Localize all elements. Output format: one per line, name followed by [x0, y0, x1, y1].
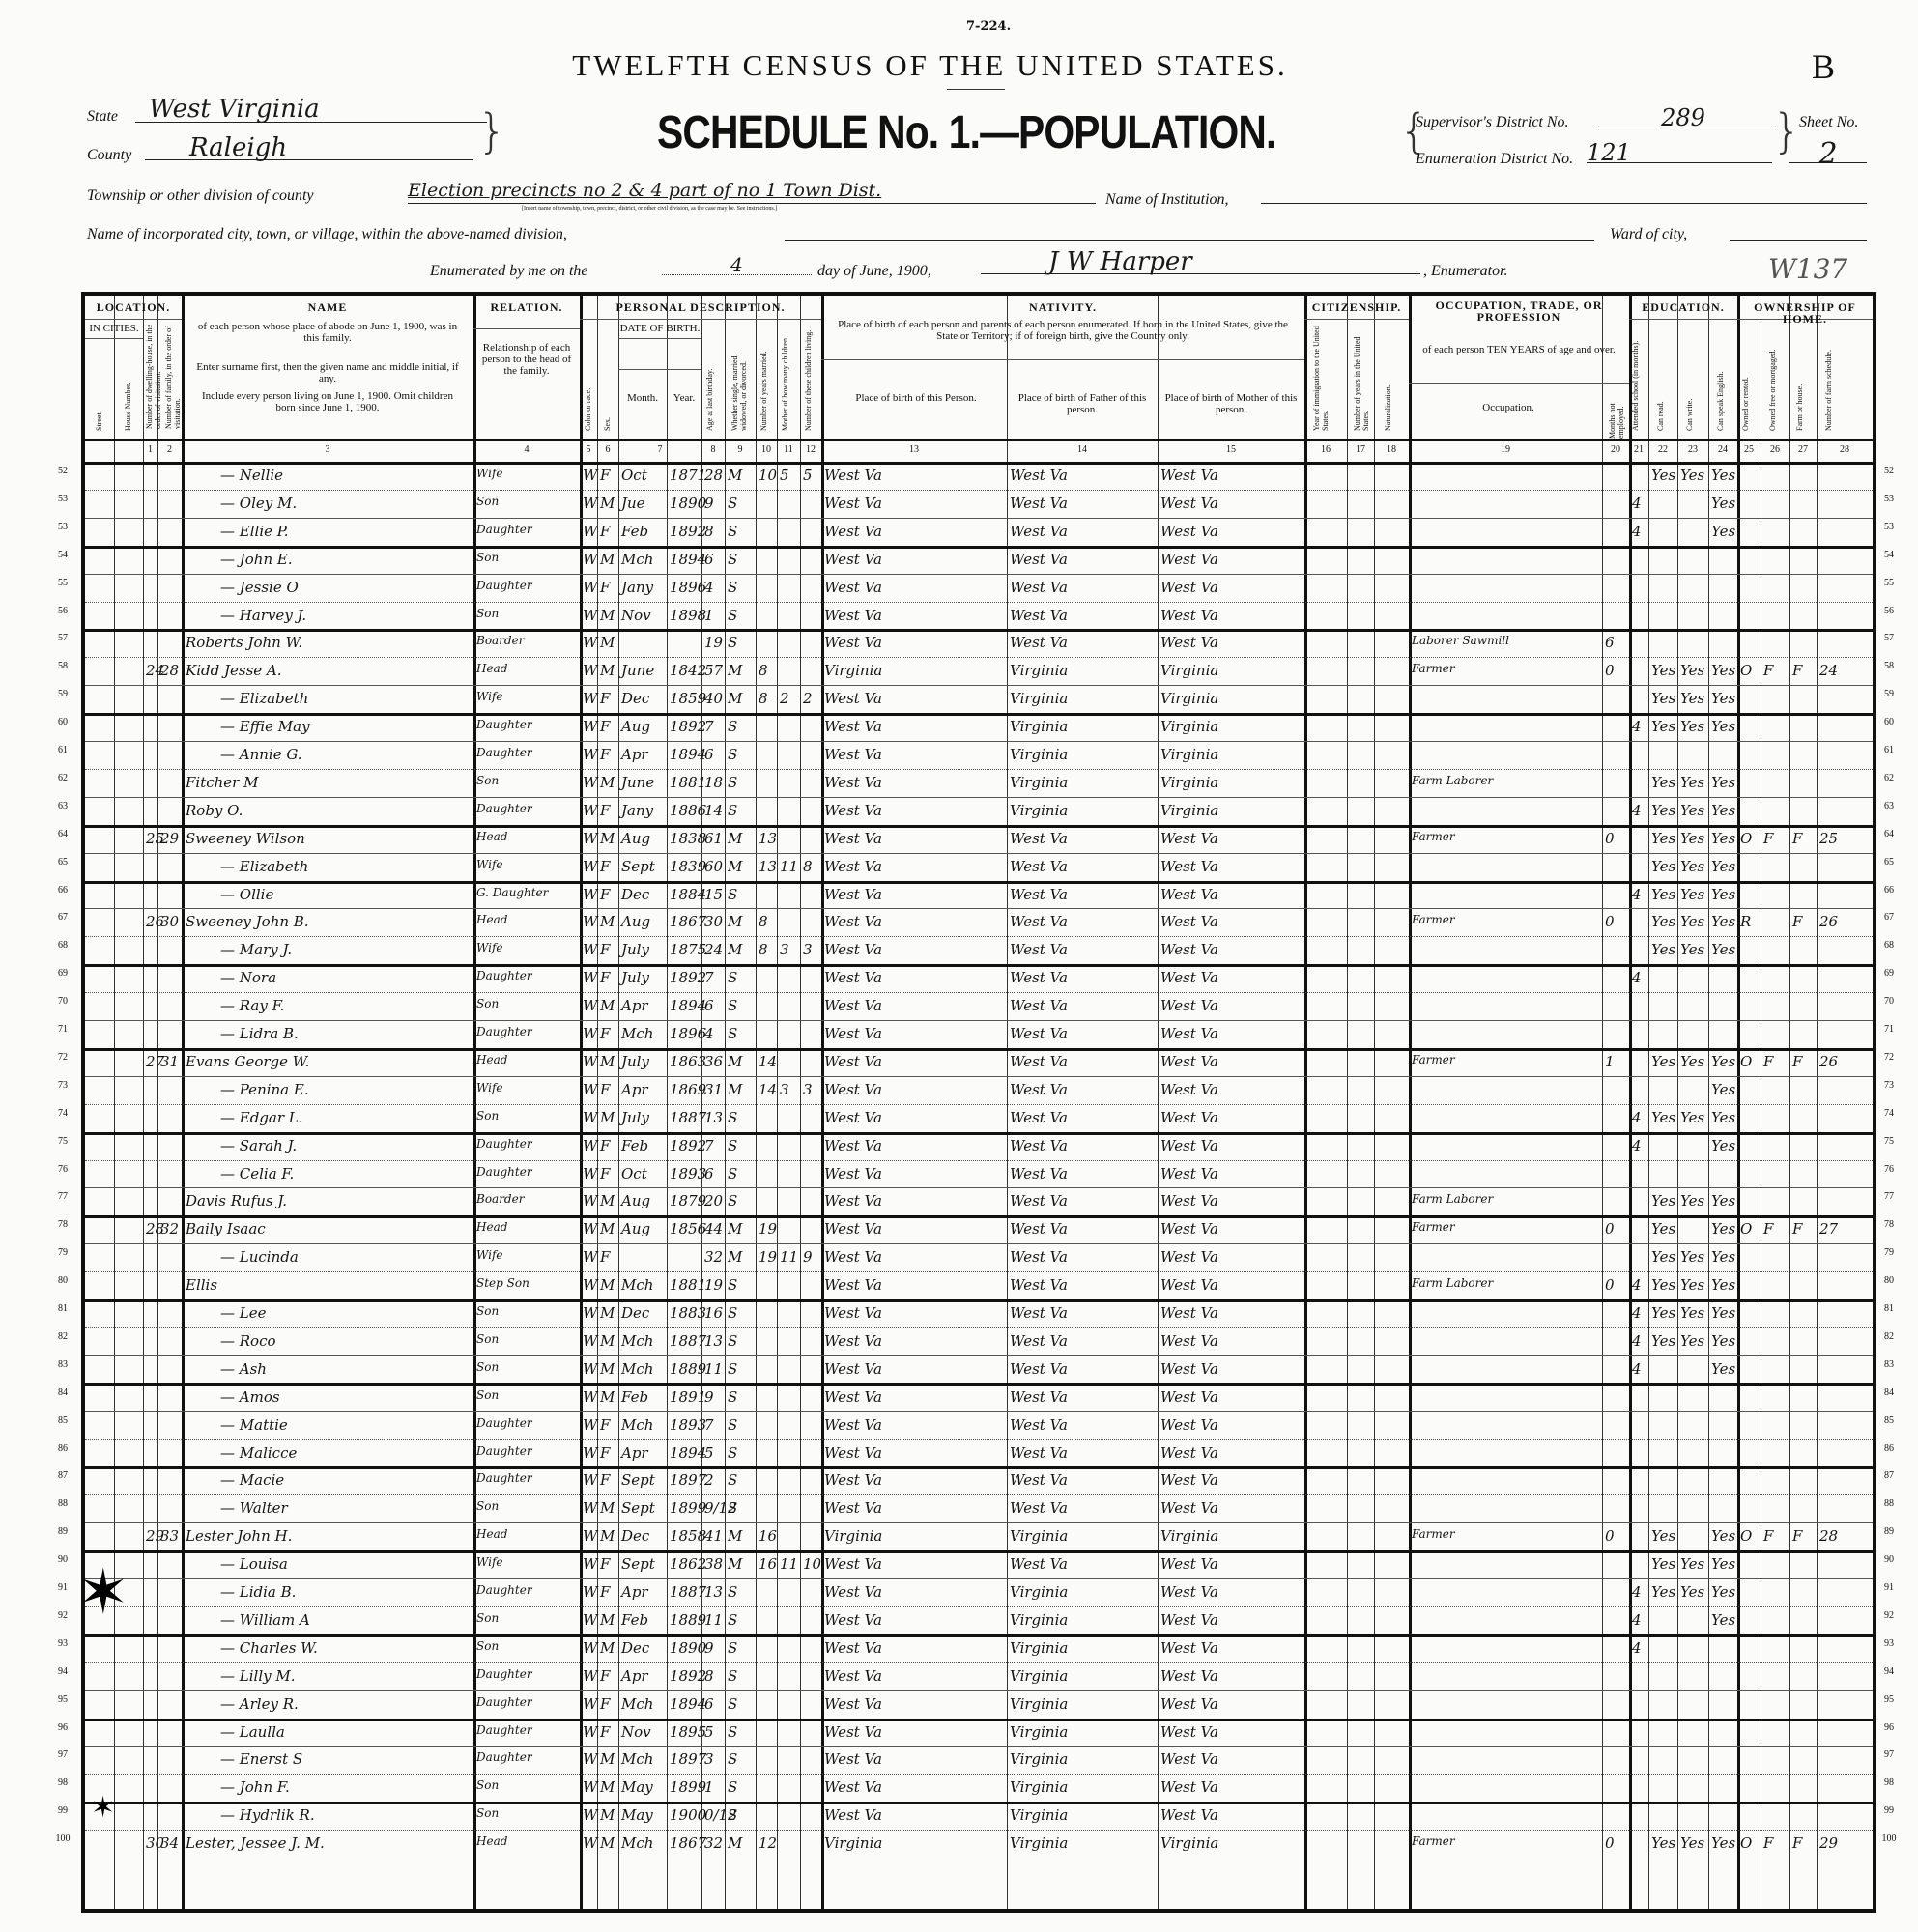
cell-mother-birth[interactable]: West Va: [1160, 634, 1218, 651]
cell-color[interactable]: W: [583, 886, 597, 903]
cell-mother[interactable]: 5: [780, 467, 789, 484]
enumerated-day-field[interactable]: 4: [662, 253, 812, 275]
cell-name[interactable]: — Oley M.: [220, 495, 297, 512]
cell-school[interactable]: 4: [1632, 1583, 1642, 1601]
cell-month[interactable]: Mch: [621, 1360, 653, 1378]
cell-age[interactable]: 9: [704, 1639, 714, 1657]
cell-own[interactable]: O: [1740, 1053, 1752, 1070]
cell-school[interactable]: 4: [1632, 1304, 1642, 1321]
cell-english[interactable]: Yes: [1711, 1276, 1735, 1293]
cell-father[interactable]: Virginia: [1010, 1667, 1068, 1685]
cell-age[interactable]: 11: [704, 1611, 723, 1629]
cell-year[interactable]: 1869: [670, 1081, 706, 1098]
cell-sex[interactable]: F: [600, 886, 610, 903]
cell-sex[interactable]: M: [600, 913, 615, 930]
cell-school[interactable]: 4: [1632, 1611, 1642, 1629]
cell-father[interactable]: West Va: [1010, 969, 1068, 986]
cell-mother-birth[interactable]: West Va: [1160, 1695, 1218, 1713]
cell-month[interactable]: May: [621, 1778, 653, 1796]
cell-father[interactable]: West Va: [1010, 579, 1068, 596]
cell-year[interactable]: 1892: [670, 1137, 706, 1154]
cell-mother-birth[interactable]: Virginia: [1160, 746, 1218, 763]
cell-write[interactable]: Yes: [1680, 774, 1704, 791]
cell-name[interactable]: — Enerst S: [220, 1750, 302, 1768]
cell-month[interactable]: Mch: [621, 1695, 653, 1713]
cell-relation[interactable]: Daughter: [476, 1667, 532, 1681]
cell-marital[interactable]: S: [728, 997, 737, 1014]
cell-mother-birth[interactable]: West Va: [1160, 1081, 1218, 1098]
cell-father[interactable]: West Va: [1010, 1416, 1068, 1434]
cell-occupation[interactable]: Farmer: [1412, 1053, 1455, 1066]
cell-father[interactable]: West Va: [1010, 830, 1068, 847]
cell-marital[interactable]: S: [728, 1444, 737, 1462]
cell-family[interactable]: 34: [160, 1834, 179, 1852]
cell-name[interactable]: — Elizabeth: [220, 690, 308, 707]
cell-mother-birth[interactable]: West Va: [1160, 1332, 1218, 1350]
cell-school[interactable]: 4: [1632, 1109, 1642, 1126]
cell-name[interactable]: — Elizabeth: [220, 858, 308, 875]
cell-mother-birth[interactable]: Virginia: [1160, 1834, 1218, 1852]
cell-sex[interactable]: M: [600, 634, 615, 651]
cell-occupation[interactable]: Farmer: [1412, 1834, 1455, 1848]
cell-color[interactable]: W: [583, 1248, 597, 1265]
cell-name[interactable]: — Jessie O: [220, 579, 299, 596]
cell-sex[interactable]: F: [600, 1667, 610, 1685]
cell-read[interactable]: Yes: [1651, 1834, 1675, 1852]
cell-birth[interactable]: West Va: [824, 1081, 882, 1098]
cell-school[interactable]: 4: [1632, 718, 1642, 735]
cell-farm[interactable]: F: [1792, 830, 1802, 847]
cell-color[interactable]: W: [583, 1081, 597, 1098]
cell-birth[interactable]: West Va: [824, 802, 882, 819]
cell-relation[interactable]: G. Daughter: [476, 886, 548, 899]
cell-read[interactable]: Yes: [1651, 774, 1675, 791]
cell-living[interactable]: 3: [803, 941, 813, 958]
cell-age[interactable]: 4: [704, 1025, 714, 1042]
cell-color[interactable]: W: [583, 1165, 597, 1182]
cell-year[interactable]: 1899: [670, 1499, 706, 1517]
cell-age[interactable]: 61: [704, 830, 723, 847]
cell-month[interactable]: Nov: [621, 1723, 651, 1741]
cell-father[interactable]: West Va: [1010, 1332, 1068, 1350]
cell-mother[interactable]: 11: [780, 1555, 798, 1573]
cell-father[interactable]: Virginia: [1010, 718, 1068, 735]
cell-write[interactable]: Yes: [1680, 941, 1704, 958]
cell-mother-birth[interactable]: Virginia: [1160, 774, 1218, 791]
cell-year[interactable]: 1894: [670, 1444, 706, 1462]
cell-school[interactable]: 4: [1632, 523, 1642, 540]
cell-year[interactable]: 1842: [670, 662, 706, 679]
cell-birth[interactable]: West Va: [824, 607, 882, 624]
cell-month[interactable]: Sept: [621, 1471, 655, 1489]
cell-mother-birth[interactable]: West Va: [1160, 579, 1218, 596]
cell-year[interactable]: 1856: [670, 1220, 706, 1237]
cell-mother-birth[interactable]: West Va: [1160, 1165, 1218, 1182]
cell-relation[interactable]: Head: [476, 1527, 507, 1541]
cell-read[interactable]: Yes: [1651, 1276, 1675, 1293]
cell-color[interactable]: W: [583, 1192, 597, 1209]
cell-mother-birth[interactable]: West Va: [1160, 1583, 1218, 1601]
cell-sched[interactable]: 25: [1819, 830, 1838, 847]
cell-month[interactable]: Nov: [621, 607, 651, 624]
cell-unemp[interactable]: 0: [1605, 1276, 1615, 1293]
cell-age[interactable]: 8: [704, 1667, 714, 1685]
cell-mother-birth[interactable]: West Va: [1160, 1248, 1218, 1265]
cell-father[interactable]: Virginia: [1010, 774, 1068, 791]
cell-marital[interactable]: S: [728, 1471, 737, 1489]
cell-marital[interactable]: S: [728, 1276, 737, 1293]
cell-sex[interactable]: M: [600, 1192, 615, 1209]
cell-unemp[interactable]: 0: [1605, 662, 1615, 679]
cell-father[interactable]: West Va: [1010, 1555, 1068, 1573]
cell-sex[interactable]: F: [600, 718, 610, 735]
cell-birth[interactable]: West Va: [824, 495, 882, 512]
cell-year[interactable]: 1892: [670, 969, 706, 986]
cell-sex[interactable]: M: [600, 1388, 615, 1406]
cell-month[interactable]: Mch: [621, 1276, 653, 1293]
cell-mother-birth[interactable]: Virginia: [1160, 802, 1218, 819]
cell-free[interactable]: F: [1763, 1053, 1773, 1070]
cell-write[interactable]: Yes: [1680, 1192, 1704, 1209]
cell-write[interactable]: Yes: [1680, 1276, 1704, 1293]
cell-mother-birth[interactable]: West Va: [1160, 1444, 1218, 1462]
cell-father[interactable]: Virginia: [1010, 690, 1068, 707]
cell-mother-birth[interactable]: West Va: [1160, 1750, 1218, 1768]
cell-age[interactable]: 13: [704, 1583, 723, 1601]
cell-father[interactable]: West Va: [1010, 1276, 1068, 1293]
cell-month[interactable]: Jue: [621, 495, 645, 512]
cell-color[interactable]: W: [583, 1639, 597, 1657]
cell-relation[interactable]: Daughter: [476, 1137, 532, 1151]
cell-relation[interactable]: Daughter: [476, 746, 532, 759]
cell-birth[interactable]: West Va: [824, 1444, 882, 1462]
cell-living[interactable]: 8: [803, 858, 813, 875]
cell-married[interactable]: 8: [759, 913, 768, 930]
cell-age[interactable]: 8: [704, 523, 714, 540]
cell-married[interactable]: 16: [759, 1555, 777, 1573]
cell-read[interactable]: Yes: [1651, 830, 1675, 847]
cell-relation[interactable]: Wife: [476, 1081, 503, 1094]
cell-sched[interactable]: 29: [1819, 1834, 1838, 1852]
cell-father[interactable]: West Va: [1010, 1220, 1068, 1237]
cell-month[interactable]: Dec: [621, 690, 649, 707]
cell-mother-birth[interactable]: West Va: [1160, 913, 1218, 930]
cell-english[interactable]: Yes: [1711, 1332, 1735, 1350]
cell-month[interactable]: Feb: [621, 1388, 648, 1406]
cell-year[interactable]: 1887: [670, 1109, 706, 1126]
cell-marital[interactable]: S: [728, 1778, 737, 1796]
cell-name[interactable]: Sweeney Wilson: [186, 830, 305, 847]
cell-age[interactable]: 36: [704, 1053, 723, 1070]
cell-father[interactable]: West Va: [1010, 1192, 1068, 1209]
cell-color[interactable]: W: [583, 913, 597, 930]
cell-marital[interactable]: S: [728, 1723, 737, 1741]
cell-birth[interactable]: West Va: [824, 913, 882, 930]
cell-english[interactable]: Yes: [1711, 1081, 1735, 1098]
cell-relation[interactable]: Head: [476, 913, 507, 926]
cell-school[interactable]: 4: [1632, 886, 1642, 903]
cell-marital[interactable]: M: [728, 830, 742, 847]
cell-marital[interactable]: S: [728, 1304, 737, 1321]
cell-father[interactable]: Virginia: [1010, 746, 1068, 763]
cell-name[interactable]: — Ellie P.: [220, 523, 289, 540]
cell-marital[interactable]: S: [728, 1388, 737, 1406]
cell-write[interactable]: Yes: [1680, 1583, 1704, 1601]
cell-birth[interactable]: West Va: [824, 969, 882, 986]
cell-write[interactable]: Yes: [1680, 467, 1704, 484]
cell-birth[interactable]: West Va: [824, 1723, 882, 1741]
cell-relation[interactable]: Son: [476, 495, 499, 508]
cell-free[interactable]: F: [1763, 1527, 1773, 1545]
cell-sex[interactable]: F: [600, 941, 610, 958]
cell-year[interactable]: 1890: [670, 495, 706, 512]
cell-marital[interactable]: S: [728, 802, 737, 819]
cell-write[interactable]: Yes: [1680, 1109, 1704, 1126]
cell-sex[interactable]: M: [600, 1778, 615, 1796]
cell-month[interactable]: Apr: [621, 1667, 648, 1685]
cell-birth[interactable]: West Va: [824, 1332, 882, 1350]
cell-birth[interactable]: West Va: [824, 1025, 882, 1042]
cell-marital[interactable]: S: [728, 774, 737, 791]
cell-name[interactable]: — Amos: [220, 1388, 280, 1406]
cell-english[interactable]: Yes: [1711, 690, 1735, 707]
cell-write[interactable]: Yes: [1680, 858, 1704, 875]
cell-mother-birth[interactable]: West Va: [1160, 495, 1218, 512]
cell-sex[interactable]: F: [600, 1723, 610, 1741]
cell-english[interactable]: Yes: [1711, 802, 1735, 819]
cell-sex[interactable]: M: [600, 1109, 615, 1126]
cell-marital[interactable]: S: [728, 1639, 737, 1657]
cell-month[interactable]: Apr: [621, 746, 648, 763]
cell-year[interactable]: 1894: [670, 1695, 706, 1713]
cell-relation[interactable]: Wife: [476, 1248, 503, 1262]
cell-birth[interactable]: West Va: [824, 467, 882, 484]
cell-month[interactable]: Feb: [621, 1137, 648, 1154]
cell-relation[interactable]: Son: [476, 1806, 499, 1820]
cell-english[interactable]: Yes: [1711, 830, 1735, 847]
cell-english[interactable]: Yes: [1711, 1220, 1735, 1237]
cell-color[interactable]: W: [583, 1360, 597, 1378]
cell-family[interactable]: 28: [160, 662, 179, 679]
cell-name[interactable]: — Effie May: [220, 718, 310, 735]
cell-age[interactable]: 28: [704, 467, 723, 484]
cell-age[interactable]: 7: [704, 1416, 714, 1434]
cell-age[interactable]: 5: [704, 1444, 714, 1462]
cell-relation[interactable]: Daughter: [476, 1695, 532, 1709]
cell-age[interactable]: 40: [704, 690, 723, 707]
cell-age[interactable]: 6: [704, 746, 714, 763]
cell-father[interactable]: Virginia: [1010, 1527, 1068, 1545]
cell-name[interactable]: Baily Isaac: [186, 1220, 266, 1237]
cell-name[interactable]: — Ash: [220, 1360, 267, 1378]
cell-mother-birth[interactable]: West Va: [1160, 941, 1218, 958]
cell-name[interactable]: Lester John H.: [186, 1527, 292, 1545]
cell-father[interactable]: Virginia: [1010, 1834, 1068, 1852]
cell-year[interactable]: 1890: [670, 1639, 706, 1657]
ward-field[interactable]: [1730, 240, 1867, 241]
cell-relation[interactable]: Wife: [476, 858, 503, 871]
cell-relation[interactable]: Son: [476, 1778, 499, 1792]
cell-birth[interactable]: West Va: [824, 1416, 882, 1434]
cell-relation[interactable]: Head: [476, 662, 507, 675]
cell-relation[interactable]: Son: [476, 1499, 499, 1513]
cell-name[interactable]: — Sarah J.: [220, 1137, 297, 1154]
cell-name[interactable]: Lester, Jessee J. M.: [186, 1834, 325, 1852]
cell-read[interactable]: Yes: [1651, 913, 1675, 930]
cell-year[interactable]: 1875: [670, 941, 706, 958]
enumeration-field[interactable]: 121: [1587, 139, 1772, 163]
cell-mother-birth[interactable]: West Va: [1160, 830, 1218, 847]
cell-sched[interactable]: 27: [1819, 1220, 1838, 1237]
cell-farm[interactable]: F: [1792, 1220, 1802, 1237]
cell-marital[interactable]: S: [728, 1192, 737, 1209]
cell-month[interactable]: Feb: [621, 1611, 648, 1629]
cell-married[interactable]: 13: [759, 858, 777, 875]
cell-father[interactable]: Virginia: [1010, 662, 1068, 679]
cell-write[interactable]: Yes: [1680, 913, 1704, 930]
cell-name[interactable]: Roby O.: [186, 802, 243, 819]
cell-month[interactable]: Jany: [621, 802, 653, 819]
cell-name[interactable]: — Lidra B.: [220, 1025, 299, 1042]
cell-birth[interactable]: West Va: [824, 718, 882, 735]
cell-farm[interactable]: F: [1792, 1053, 1802, 1070]
cell-family[interactable]: 31: [160, 1053, 179, 1070]
cell-year[interactable]: 1894: [670, 997, 706, 1014]
cell-age[interactable]: 15: [704, 886, 723, 903]
cell-read[interactable]: Yes: [1651, 1220, 1675, 1237]
cell-age[interactable]: 41: [704, 1527, 723, 1545]
cell-name[interactable]: — Lee: [220, 1304, 266, 1321]
cell-sched[interactable]: 26: [1819, 913, 1838, 930]
cell-marital[interactable]: M: [728, 1220, 742, 1237]
cell-birth[interactable]: West Va: [824, 1471, 882, 1489]
cell-relation[interactable]: Boarder: [476, 1192, 524, 1206]
cell-month[interactable]: Mch: [621, 551, 653, 568]
cell-year[interactable]: 1889: [670, 1611, 706, 1629]
cell-unemp[interactable]: 0: [1605, 1834, 1615, 1852]
cell-color[interactable]: W: [583, 523, 597, 540]
cell-month[interactable]: Mch: [621, 1834, 653, 1852]
cell-color[interactable]: W: [583, 969, 597, 986]
cell-free[interactable]: F: [1763, 1220, 1773, 1237]
cell-unemp[interactable]: 0: [1605, 1220, 1615, 1237]
cell-color[interactable]: W: [583, 802, 597, 819]
cell-father[interactable]: Virginia: [1010, 1806, 1068, 1824]
cell-name[interactable]: — Mattie: [220, 1416, 288, 1434]
cell-father[interactable]: West Va: [1010, 1053, 1068, 1070]
cell-year[interactable]: 1897: [670, 1750, 706, 1768]
cell-year[interactable]: 1884: [670, 886, 706, 903]
cell-sex[interactable]: F: [600, 1248, 610, 1265]
cell-name[interactable]: — Louisa: [220, 1555, 288, 1573]
cell-sex[interactable]: F: [600, 1695, 610, 1713]
cell-occupation[interactable]: Farm Laborer: [1412, 774, 1493, 787]
cell-mother-birth[interactable]: West Va: [1160, 1137, 1218, 1154]
cell-marital[interactable]: S: [728, 1611, 737, 1629]
cell-month[interactable]: May: [621, 1806, 653, 1824]
cell-read[interactable]: Yes: [1651, 1555, 1675, 1573]
cell-write[interactable]: Yes: [1680, 1304, 1704, 1321]
cell-relation[interactable]: Son: [476, 1304, 499, 1318]
cell-married[interactable]: 12: [759, 1834, 777, 1852]
cell-write[interactable]: Yes: [1680, 1053, 1704, 1070]
cell-month[interactable]: Dec: [621, 1304, 649, 1321]
cell-age[interactable]: 32: [704, 1834, 723, 1852]
cell-color[interactable]: W: [583, 495, 597, 512]
cell-color[interactable]: W: [583, 1388, 597, 1406]
enumerator-field[interactable]: J W Harper: [981, 247, 1420, 274]
cell-father[interactable]: West Va: [1010, 495, 1068, 512]
cell-sex[interactable]: M: [600, 1834, 615, 1852]
cell-marital[interactable]: S: [728, 607, 737, 624]
cell-month[interactable]: Apr: [621, 997, 648, 1014]
cell-month[interactable]: Dec: [621, 1527, 649, 1545]
cell-married[interactable]: 13: [759, 830, 777, 847]
cell-father[interactable]: West Va: [1010, 858, 1068, 875]
cell-month[interactable]: Mch: [621, 1416, 653, 1434]
cell-month[interactable]: July: [621, 941, 649, 958]
cell-living[interactable]: 10: [803, 1555, 821, 1573]
cell-month[interactable]: Aug: [621, 1192, 650, 1209]
cell-month[interactable]: Mch: [621, 1332, 653, 1350]
cell-name[interactable]: — Laulla: [220, 1723, 285, 1741]
cell-name[interactable]: Roberts John W.: [186, 634, 302, 651]
cell-relation[interactable]: Daughter: [476, 1444, 532, 1458]
cell-year[interactable]: 1892: [670, 1667, 706, 1685]
cell-school[interactable]: 4: [1632, 495, 1642, 512]
cell-month[interactable]: Apr: [621, 1081, 648, 1098]
cell-free[interactable]: F: [1763, 1834, 1773, 1852]
cell-color[interactable]: W: [583, 941, 597, 958]
cell-year[interactable]: 1896: [670, 579, 706, 596]
cell-father[interactable]: Virginia: [1010, 1750, 1068, 1768]
cell-marital[interactable]: S: [728, 1360, 737, 1378]
cell-color[interactable]: W: [583, 662, 597, 679]
cell-father[interactable]: West Va: [1010, 1499, 1068, 1517]
cell-color[interactable]: W: [583, 1053, 597, 1070]
cell-father[interactable]: West Va: [1010, 551, 1068, 568]
cell-year[interactable]: 1893: [670, 1416, 706, 1434]
cell-married[interactable]: 19: [759, 1248, 777, 1265]
cell-birth[interactable]: West Va: [824, 1750, 882, 1768]
cell-color[interactable]: W: [583, 634, 597, 651]
cell-read[interactable]: Yes: [1651, 1304, 1675, 1321]
cell-mother-birth[interactable]: West Va: [1160, 467, 1218, 484]
cell-name[interactable]: — Arley R.: [220, 1695, 299, 1713]
cell-sex[interactable]: F: [600, 1555, 610, 1573]
cell-year[interactable]: 1900: [670, 1806, 706, 1824]
cell-sex[interactable]: M: [600, 662, 615, 679]
cell-mother-birth[interactable]: West Va: [1160, 607, 1218, 624]
cell-write[interactable]: Yes: [1680, 886, 1704, 903]
county-field[interactable]: Raleigh: [145, 133, 473, 160]
cell-school[interactable]: 4: [1632, 1137, 1642, 1154]
cell-mother-birth[interactable]: West Va: [1160, 1388, 1218, 1406]
cell-marital[interactable]: S: [728, 1332, 737, 1350]
cell-marital[interactable]: S: [728, 551, 737, 568]
cell-father[interactable]: West Va: [1010, 1304, 1068, 1321]
cell-birth[interactable]: West Va: [824, 1667, 882, 1685]
cell-marital[interactable]: S: [728, 523, 737, 540]
cell-father[interactable]: West Va: [1010, 997, 1068, 1014]
cell-year[interactable]: 1898: [670, 607, 706, 624]
cell-name[interactable]: — Annie G.: [220, 746, 302, 763]
cell-father[interactable]: West Va: [1010, 1388, 1068, 1406]
cell-name[interactable]: — Nora: [220, 969, 276, 986]
cell-father[interactable]: West Va: [1010, 886, 1068, 903]
cell-name[interactable]: Davis Rufus J.: [186, 1192, 287, 1209]
cell-color[interactable]: W: [583, 1583, 597, 1601]
